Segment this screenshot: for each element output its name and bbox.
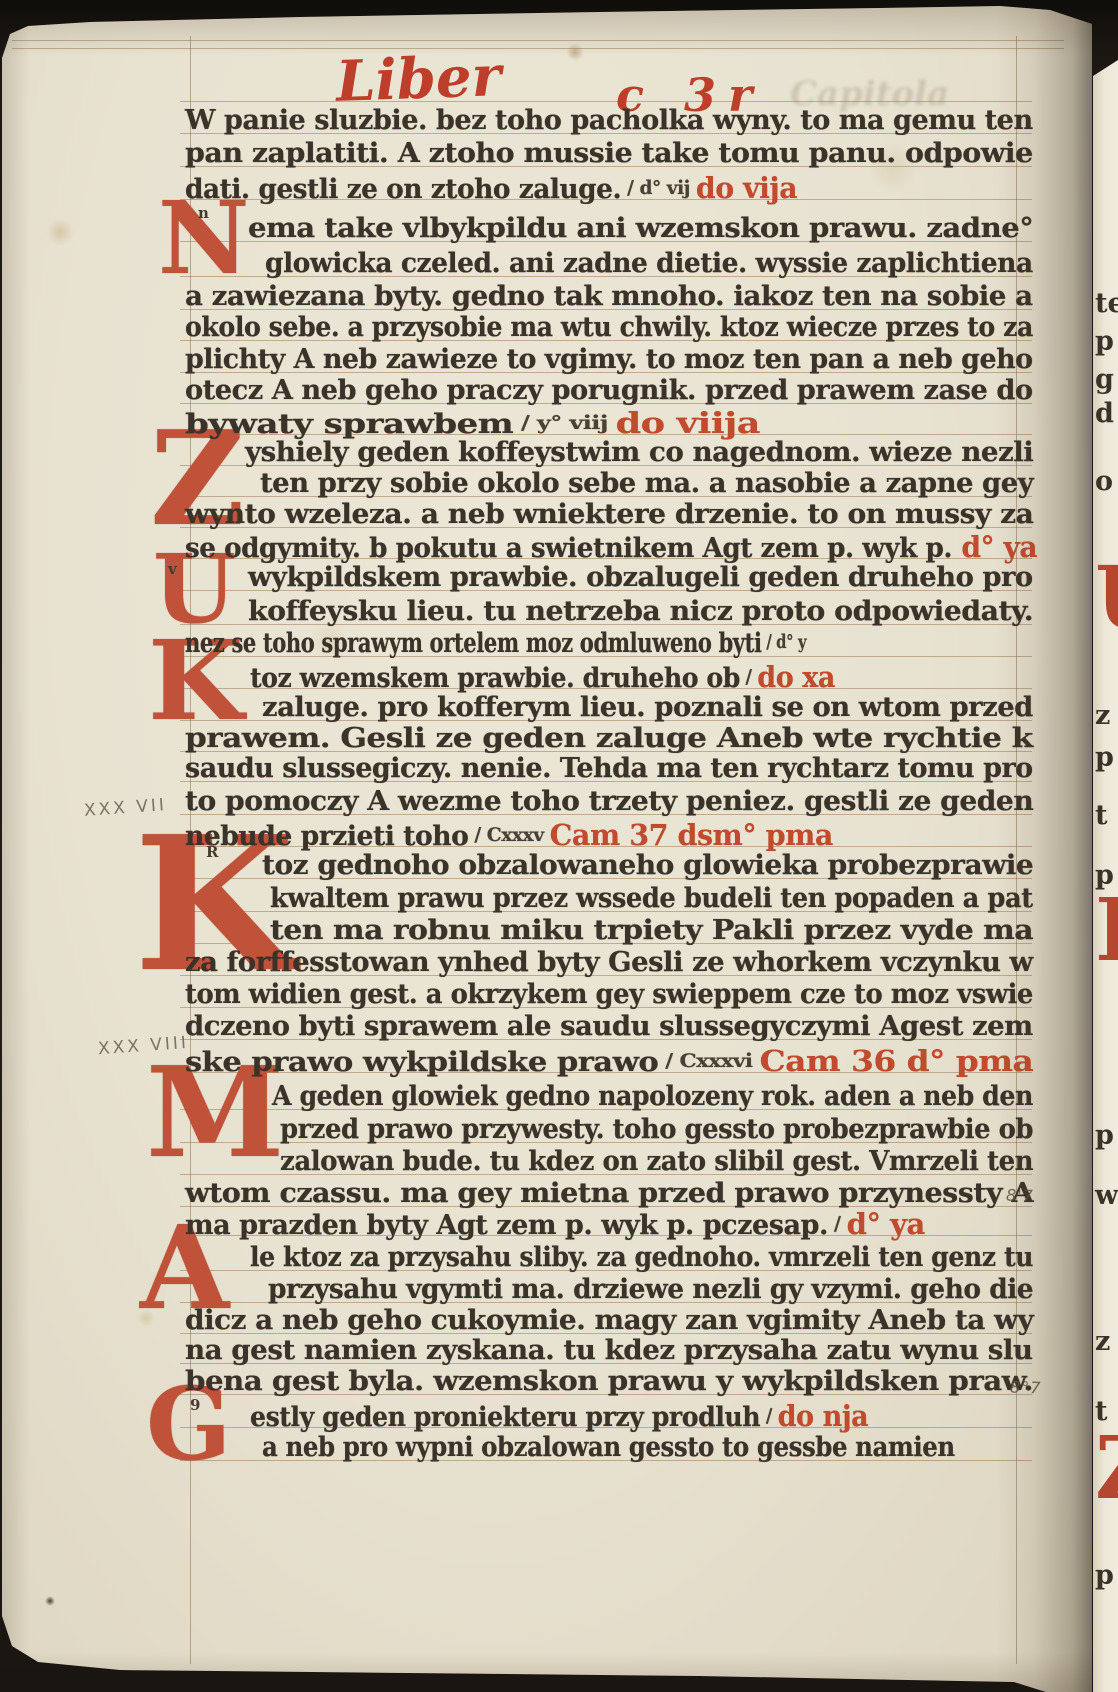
manuscript-line: glowicka czeled. ani zadne dietie. wyssi…	[265, 248, 1033, 282]
manuscript-line: dicz a neb geho cukoymie. magy zan vgimi…	[185, 1305, 1033, 1339]
guide-letter: n	[198, 204, 209, 222]
sliver-letter: z	[1095, 1326, 1110, 1357]
margin-note: 8'7	[1006, 1186, 1034, 1206]
body-text: ∕ d° y	[762, 631, 807, 653]
manuscript-line: a zawiezana byty. gedno tak mnoho. iakoz…	[185, 281, 1033, 315]
facing-page-sliver: tepgdoUzptpKpwztZp	[1093, 60, 1118, 1692]
sliver-red-initial: K	[1095, 892, 1118, 969]
manuscript-line: plichty A neb zawieze to vgimy. to moz t…	[185, 344, 1033, 378]
body-text: wtom czassu. ma gey mietna przed prawo p…	[185, 1178, 1033, 1209]
sliver-letter: g	[1095, 364, 1114, 395]
body-text: za forffesstowan ynhed byty Gesli ze who…	[185, 947, 1033, 978]
body-text: bena gest byla. wzemskon prawu y wykpild…	[185, 1366, 1033, 1397]
page-top-shadow	[0, 0, 1092, 70]
sliver-letter: p	[1095, 742, 1114, 773]
body-text: nebude przieti toho	[185, 821, 468, 852]
sliver-letter: d	[1095, 398, 1114, 429]
body-text: ∕ Cxxxv	[468, 824, 549, 846]
page-left-shadow	[0, 0, 30, 1692]
manuscript-line: ske prawo wykpildske prawo ∕ Cxxxvi Cam …	[185, 1044, 1033, 1078]
manuscript-line: prawem. Gesli ze geden zaluge Aneb wte r…	[185, 723, 1033, 757]
sliver-letter: t	[1095, 800, 1107, 831]
manuscript-line: dati. gestli ze on ztoho zaluge. ∕ d° vi…	[185, 171, 797, 205]
body-text: tom widien gest. a okrzykem gey swieppem…	[185, 979, 1033, 1010]
body-text: se odgymity. b pokutu a swietnikem Agt z…	[185, 533, 952, 564]
manuscript-photo: Liber c 3r Capitola NZUKKMAGnvR9 W panie…	[0, 0, 1118, 1692]
manuscript-line: yshiely geden koffeystwim co nagednom. w…	[245, 437, 1033, 471]
body-text: otecz A neb geho praczy porugnik. przed …	[185, 375, 1033, 406]
body-text: to pomoczy A wezme toho trzety peniez. g…	[185, 786, 1033, 817]
body-text: dczeno byti sprawem ale saudu slussegycz…	[185, 1011, 1033, 1042]
body-text: ∕	[828, 1213, 847, 1235]
rubric-text: do viija	[616, 406, 760, 440]
manuscript-line: ten przy sobie okolo sebe ma. a nasobie …	[260, 468, 1033, 502]
parchment-stain	[46, 218, 74, 246]
manuscript-line: ema take vlbykpildu ani wzemskon prawu. …	[248, 213, 1033, 247]
sliver-letter: w	[1095, 1180, 1118, 1211]
body-text: ∕	[760, 1405, 777, 1427]
rubric-text: d° ya	[847, 1207, 925, 1241]
manuscript-line: kwaltem prawu przez wssede budeli ten po…	[270, 883, 1033, 917]
body-text: glowicka czeled. ani zadne dietie. wyssi…	[265, 248, 1033, 279]
manuscript-line: zalowan bude. tu kdez on zato slibil ges…	[280, 1146, 1033, 1180]
manuscript-line: W panie sluzbie. bez toho pacholka wyny.…	[185, 105, 1033, 139]
manuscript-line: pan zaplatiti. A ztoho mussie take tomu …	[185, 138, 1033, 172]
sliver-red-initial: Z	[1095, 1430, 1118, 1507]
manuscript-line: otecz A neb geho praczy porugnik. przed …	[185, 375, 1033, 409]
body-text: ske prawo wykpildske prawo	[185, 1047, 658, 1078]
manuscript-line: dczeno byti sprawem ale saudu slussegycz…	[185, 1011, 1033, 1045]
manuscript-line: bena gest byla. wzemskon prawu y wykpild…	[185, 1366, 1033, 1400]
body-text: zalowan bude. tu kdez on zato slibil ges…	[280, 1146, 1033, 1177]
manuscript-line: przed prawo przywesty. toho gessto probe…	[280, 1114, 1033, 1148]
manuscript-line: a neb pro wypni obzalowan gessto to gess…	[262, 1432, 955, 1466]
manuscript-line: koffeysku lieu. tu netrzeba nicz proto o…	[248, 596, 1033, 630]
body-text: wykpildskem prawbie. obzalugeli geden dr…	[248, 562, 1033, 593]
body-text: saudu slussegiczy. nenie. Tehda ma ten r…	[185, 753, 1033, 784]
body-text: na gest namien zyskana. tu kdez przysaha…	[185, 1335, 1033, 1366]
body-text: yshiely geden koffeystwim co nagednom. w…	[245, 437, 1033, 468]
sliver-red-initial: U	[1095, 560, 1118, 637]
manuscript-line: tom widien gest. a okrzykem gey swieppem…	[185, 979, 1033, 1013]
body-text: wynto wzeleza. a neb wniektere drzenie. …	[185, 499, 1033, 530]
manuscript-line: nez se toho sprawym ortelem moz odmluwen…	[185, 628, 677, 662]
rubric-text: Cam 36 d° pma	[759, 1044, 1033, 1078]
header-rule	[12, 40, 1064, 41]
body-text: kwaltem prawu przez wssede budeli ten po…	[270, 883, 1033, 914]
body-text: estly geden proniekteru przy prodluh	[250, 1402, 760, 1433]
body-text: ten ma robnu miku trpiety Pakli przez vy…	[270, 915, 1033, 946]
sliver-letter: p	[1095, 326, 1114, 357]
manuscript-line: nebude przieti toho ∕ Cxxxv Cam 37 dsm° …	[185, 818, 833, 852]
body-text: dati. gestli ze on ztoho zaluge.	[185, 174, 621, 205]
body-text: pan zaplatiti. A ztoho mussie take tomu …	[185, 138, 1033, 169]
rubric-text: do vija	[696, 171, 797, 205]
body-text: przed prawo przywesty. toho gessto probe…	[280, 1114, 1033, 1145]
body-text: prawem. Gesli ze geden zaluge Aneb wte r…	[185, 723, 1033, 754]
body-text: okolo sebe. a przysobie ma wtu chwily. k…	[185, 312, 1033, 343]
parchment-stain	[566, 43, 584, 61]
body-text: A geden glowiek gedno napolozeny rok. ad…	[272, 1081, 1033, 1112]
body-text: dicz a neb geho cukoymie. magy zan vgimi…	[185, 1305, 1033, 1336]
rubric-text: Cam 37 dsm° pma	[550, 818, 833, 852]
header-rule	[12, 48, 1064, 49]
body-text: toz gednoho obzalowaneho glowieka probez…	[262, 850, 1033, 881]
body-text: ∕ y° viij	[513, 412, 615, 434]
body-text: ∕ Cxxxvi	[658, 1050, 759, 1072]
manuscript-line: wynto wzeleza. a neb wniektere drzenie. …	[185, 499, 1033, 533]
manuscript-line: toz gednoho obzalowaneho glowieka probez…	[262, 850, 1033, 884]
manuscript-line: na gest namien zyskana. tu kdez przysaha…	[185, 1335, 1033, 1369]
body-text: ∕	[740, 666, 757, 688]
body-text: a neb pro wypni obzalowan gessto to gess…	[262, 1432, 955, 1463]
body-text: W panie sluzbie. bez toho pacholka wyny.…	[185, 105, 1033, 136]
manuscript-line: zaluge. pro kofferym lieu. poznali se on…	[262, 692, 1033, 726]
parchment-stain	[45, 1596, 55, 1606]
guide-letter: v	[168, 560, 177, 578]
manuscript-line: ma prazden byty Agt zem p. wyk p. pczesa…	[185, 1207, 925, 1241]
rubric-text: d° ya	[952, 530, 1037, 564]
margin-note: 8°7	[1010, 1377, 1042, 1397]
body-text: ∕ d° vij	[621, 177, 696, 199]
body-text: ma prazden byty Agt zem p. wyk p. pczesa…	[185, 1210, 828, 1241]
manuscript-line: przysahu vgymti ma. drziewe nezli gy vzy…	[268, 1274, 1033, 1308]
manuscript-line: za forffesstowan ynhed byty Gesli ze who…	[185, 947, 1033, 981]
manuscript-line: toz wzemskem prawbie. druheho ob ∕ do xa	[250, 660, 835, 694]
body-text: ema take vlbykpildu ani wzemskon prawu. …	[248, 213, 1033, 244]
manuscript-line: saudu slussegiczy. nenie. Tehda ma ten r…	[185, 753, 1033, 787]
body-text: koffeysku lieu. tu netrzeba nicz proto o…	[248, 596, 1033, 627]
page-bottom-shadow	[0, 1652, 1092, 1692]
manuscript-line: le ktoz za przysahu sliby. za gednoho. v…	[250, 1242, 1033, 1276]
manuscript-line: bywaty sprawbem ∕ y° viij do viija	[185, 406, 760, 440]
rubric-text: do nja	[778, 1399, 869, 1433]
body-text: nez se toho sprawym ortelem moz odmluwen…	[185, 628, 762, 659]
sliver-letter: te	[1095, 288, 1118, 319]
manuscript-line: wykpildskem prawbie. obzalugeli geden dr…	[248, 562, 1033, 596]
body-text: przysahu vgymti ma. drziewe nezli gy vzy…	[268, 1274, 1033, 1305]
body-text: bywaty sprawbem	[185, 409, 513, 440]
sliver-letter: p	[1095, 1560, 1114, 1591]
sliver-letter: p	[1095, 1120, 1114, 1151]
sliver-letter: o	[1095, 466, 1113, 497]
body-text: le ktoz za przysahu sliby. za gednoho. v…	[250, 1242, 1033, 1273]
manuscript-line: se odgymity. b pokutu a swietnikem Agt z…	[185, 530, 1037, 564]
rubric-text: do xa	[757, 660, 835, 694]
sliver-letter: z	[1095, 700, 1110, 731]
manuscript-line: ten ma robnu miku trpiety Pakli przez vy…	[270, 915, 1033, 949]
body-text: plichty A neb zawieze to vgimy. to moz t…	[185, 344, 1033, 375]
manuscript-line: okolo sebe. a przysobie ma wtu chwily. k…	[185, 312, 1033, 346]
manuscript-line: to pomoczy A wezme toho trzety peniez. g…	[185, 786, 1033, 820]
manuscript-line: estly geden proniekteru przy prodluh ∕ d…	[250, 1399, 868, 1433]
body-text: toz wzemskem prawbie. druheho ob	[250, 663, 740, 694]
body-text: zaluge. pro kofferym lieu. poznali se on…	[262, 692, 1033, 723]
manuscript-line: A geden glowiek gedno napolozeny rok. ad…	[272, 1081, 1033, 1115]
manuscript-page: Liber c 3r Capitola NZUKKMAGnvR9 W panie…	[0, 0, 1092, 1692]
body-text: ten przy sobie okolo sebe ma. a nasobie …	[260, 468, 1033, 499]
body-text: a zawiezana byty. gedno tak mnoho. iakoz…	[185, 281, 1033, 312]
